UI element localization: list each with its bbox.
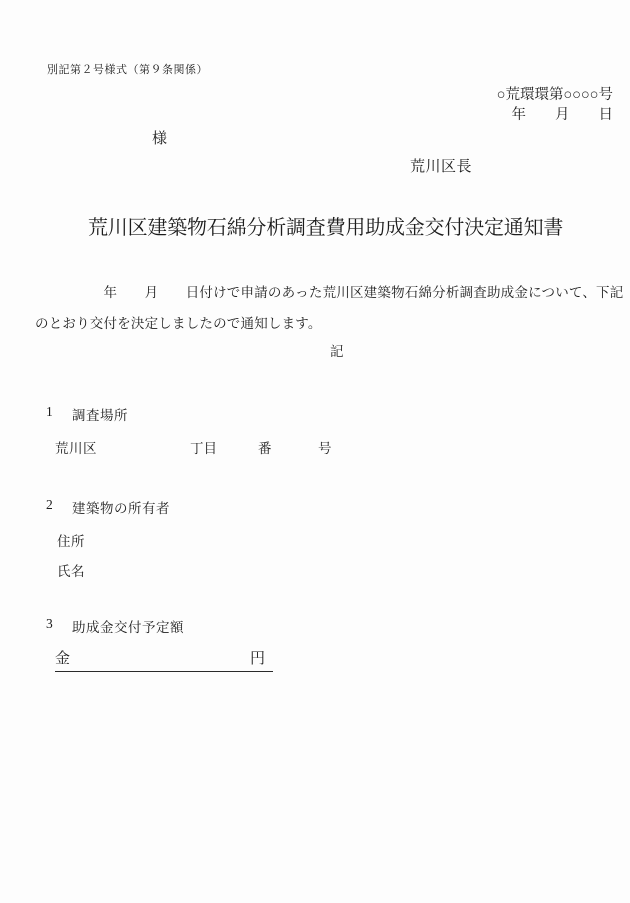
sender-name: 荒川区長: [410, 155, 472, 176]
amount-underline-field: 金 円: [55, 647, 273, 672]
section2-heading: 建築物の所有者: [72, 497, 170, 517]
section1-address-chome-label: 丁目: [190, 437, 217, 457]
body-paragraph-line1: 年 月 日付けで申請のあった荒川区建築物石綿分析調査助成金について、下記: [35, 281, 623, 301]
document-number: ○荒環環第○○○○号: [497, 83, 613, 104]
document-page: 別記第２号様式（第９条関係） ○荒環環第○○○○号 年 月 日 様 荒川区長 荒…: [0, 0, 630, 903]
amount-unit-label: 円: [250, 647, 273, 668]
amount-prefix-label: 金: [55, 647, 70, 668]
section2-field-address-label: 住所: [57, 530, 85, 550]
section3-heading: 助成金交付予定額: [72, 616, 184, 636]
section1-heading: 調査場所: [72, 404, 128, 424]
document-title: 荒川区建築物石綿分析調査費用助成金交付決定通知書: [88, 211, 563, 240]
section2-number: 2: [46, 497, 53, 513]
section1-number: 1: [46, 404, 53, 420]
issue-date-line: 年 月 日: [512, 103, 614, 124]
section2-field-name-label: 氏名: [57, 560, 85, 580]
section1-address-prefix: 荒川区: [55, 437, 97, 457]
body-paragraph-line2: のとおり交付を決定しましたので通知します。: [35, 312, 322, 332]
addressee-honorific: 様: [152, 127, 167, 148]
form-reference: 別記第２号様式（第９条関係）: [47, 61, 208, 77]
section3-number: 3: [46, 616, 53, 632]
section1-address-go-label: 号: [318, 437, 332, 457]
record-marker: 記: [330, 340, 344, 360]
section1-address-ban-label: 番: [258, 437, 272, 457]
